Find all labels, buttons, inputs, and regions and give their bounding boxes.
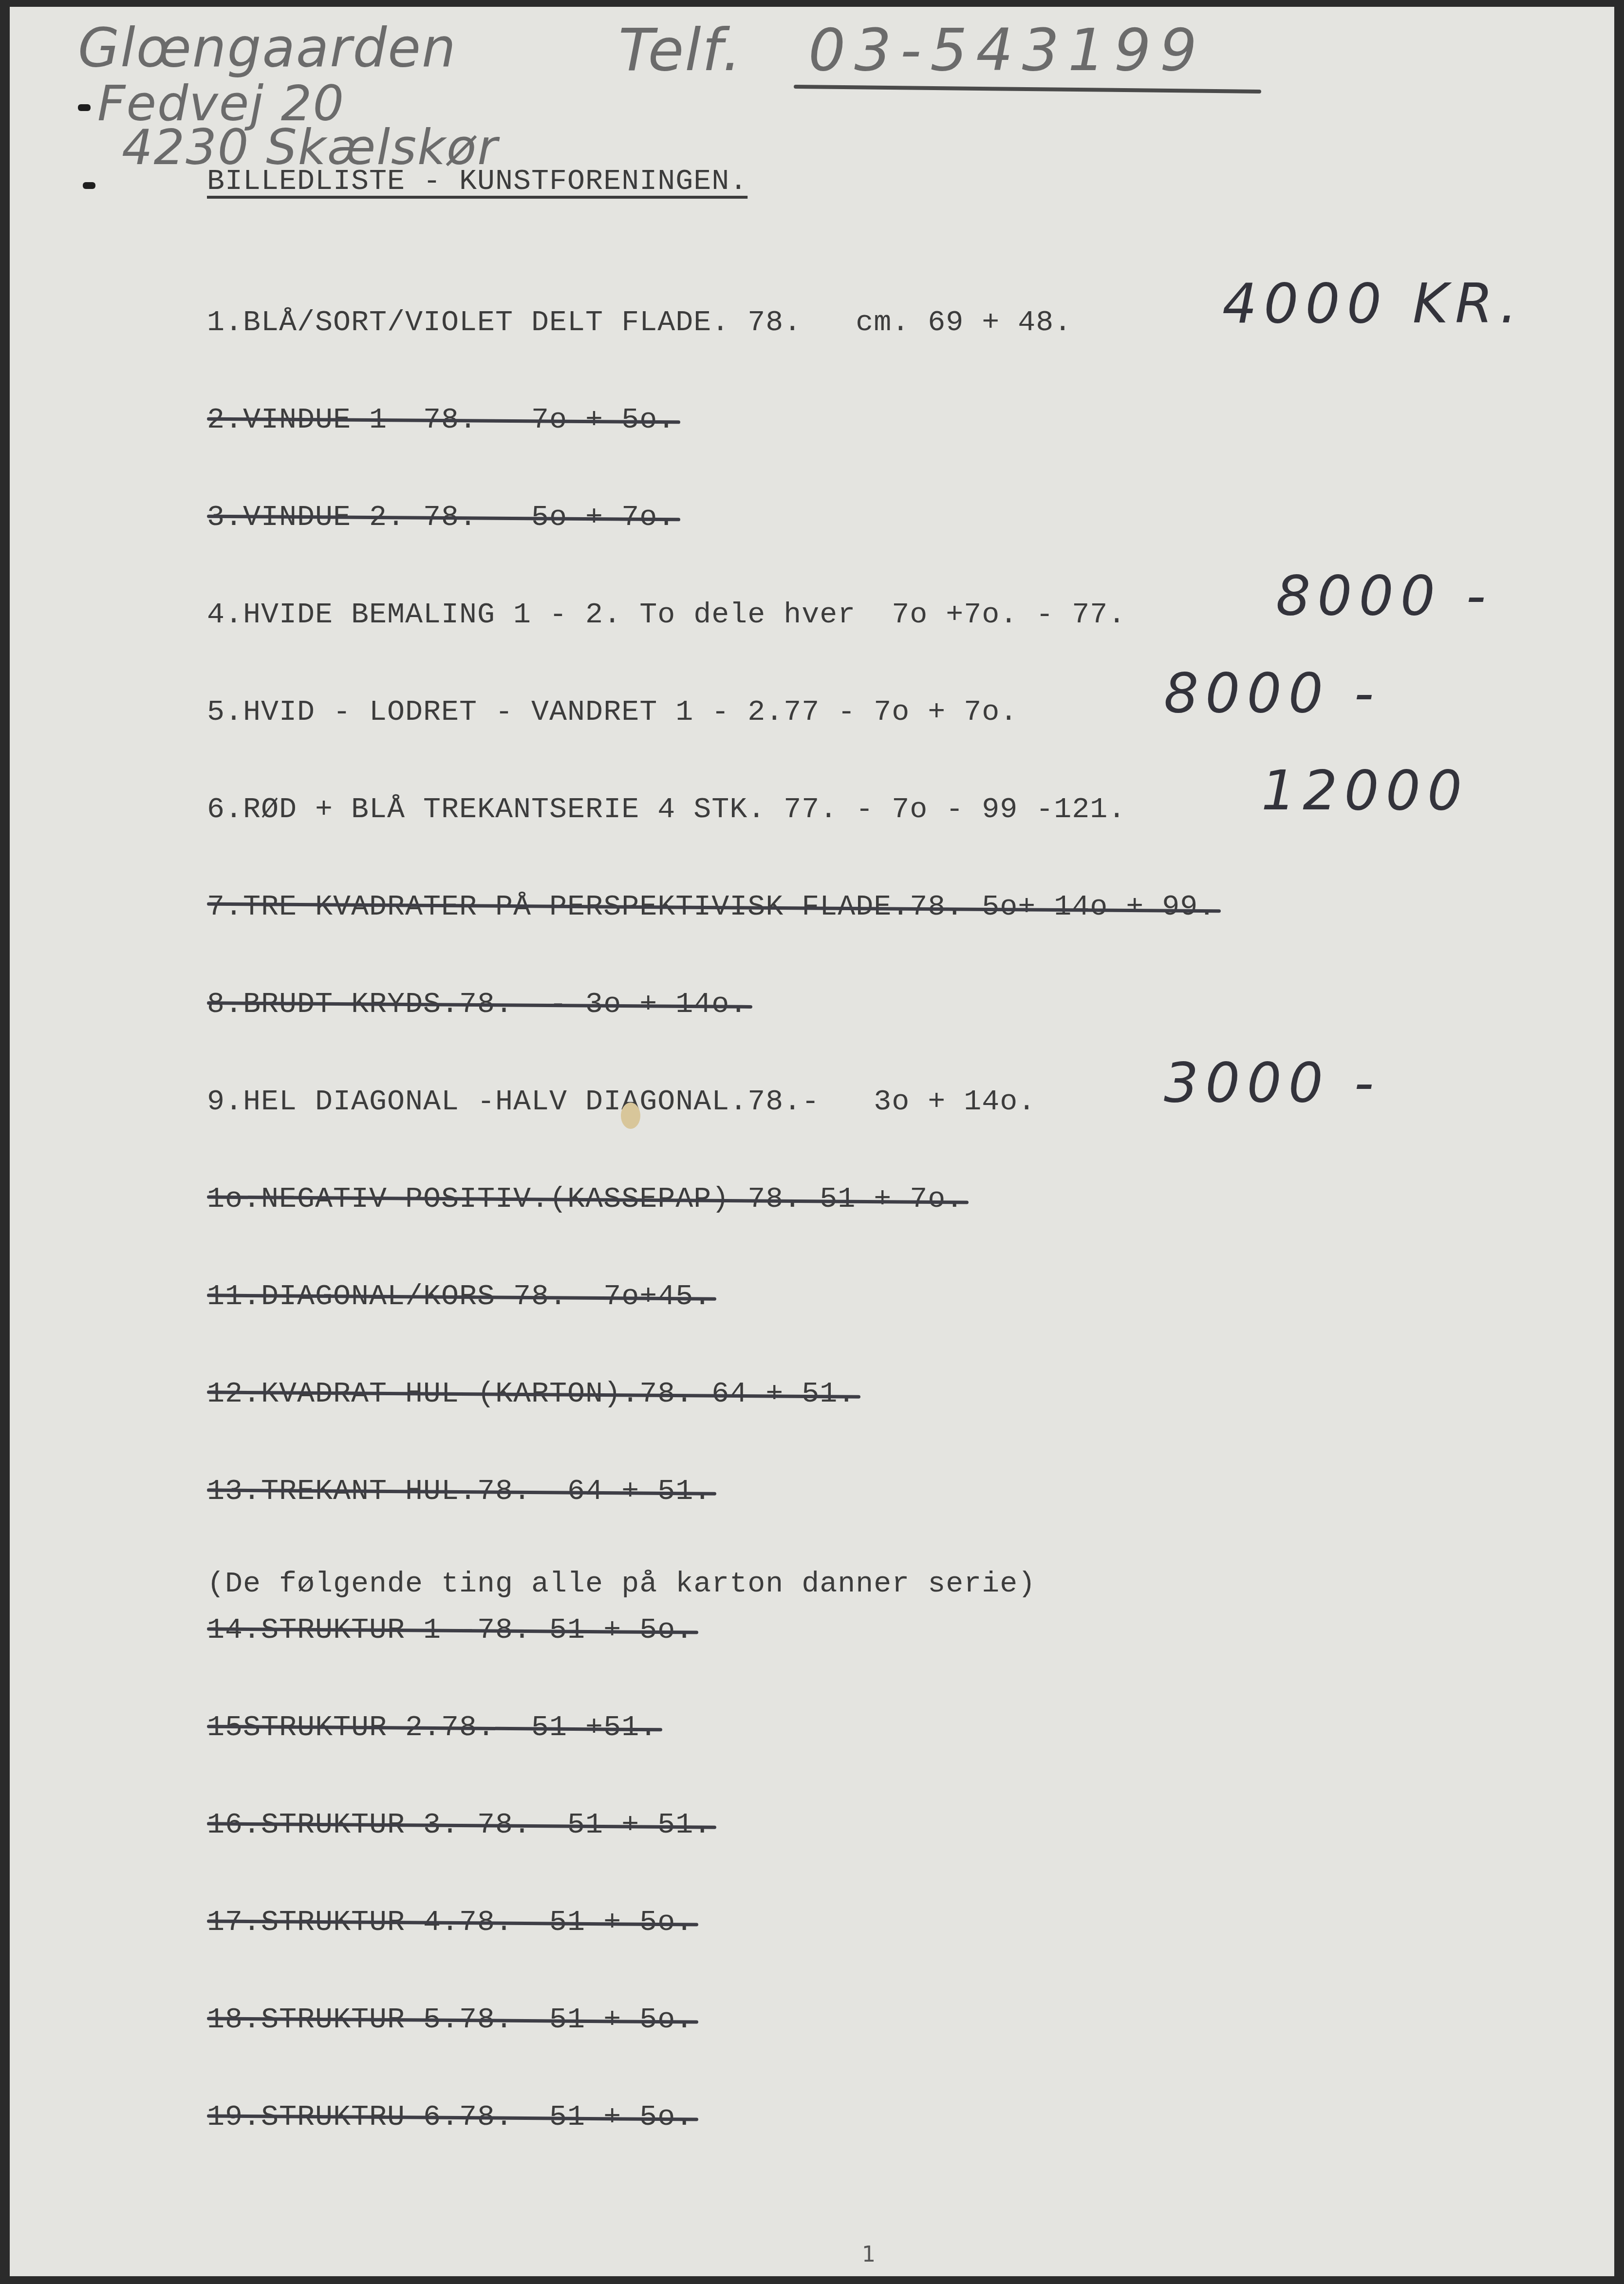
telephone-underline	[794, 85, 1261, 94]
item-text: 4.HVIDE BEMALING 1 - 2. To dele hver 7o …	[207, 599, 1126, 632]
list-item: 15STRUKTUR 2.78. 51 +51.	[207, 1711, 657, 1744]
struck-item-text: 14.STRUKTUR 1 -78. 51 + 5o.	[207, 1614, 693, 1647]
stain-mark	[621, 1103, 640, 1129]
struck-item-text: 11.DIAGONAL/KORS 78. 7o+45.	[207, 1280, 711, 1313]
list-item: 6.RØD + BLÅ TREKANTSERIE 4 STK. 77. - 7o…	[207, 793, 1126, 826]
list-item: 5.HVID - LODRET - VANDRET 1 - 2.77 - 7o …	[207, 696, 1018, 729]
struck-item-text: 18.STRUKTUR 5.78. 51 + 5o.	[207, 2003, 693, 2037]
struck-item-text: 8.BRUDT KRYDS.78. - 3o + 14o.	[207, 988, 747, 1021]
struck-item-text: 15STRUKTUR 2.78. 51 +51.	[207, 1711, 657, 1744]
punch-hole	[83, 182, 95, 189]
list-item: 18.STRUKTUR 5.78. 51 + 5o.	[207, 2003, 693, 2037]
struck-item-text: 13.TREKANT HUL.78. 64 + 51.	[207, 1475, 711, 1508]
list-item: 7.TRE KVADRATER PÅ PERSPEKTIVISK FLADE.7…	[207, 891, 1216, 924]
page-number: 1	[862, 2242, 876, 2267]
series-note: (De følgende ting alle på karton danner …	[207, 1568, 1036, 1601]
struck-item-text: 3.VINDUE 2. 78. 5o + 7o.	[207, 501, 675, 534]
struck-item-text: 1o.NEGATIV POSITIV.(KASSEPAP) 78. 51 + 7…	[207, 1183, 964, 1216]
struck-item-text: 12.KVADRAT HUL (KARTON).78. 64 + 51.	[207, 1378, 856, 1411]
handwritten-price: 12000	[1261, 759, 1469, 823]
item-text: 1.BLÅ/SORT/VIOLET DELT FLADE. 78. cm. 69…	[207, 306, 1072, 339]
item-text: 6.RØD + BLÅ TREKANTSERIE 4 STK. 77. - 7o…	[207, 793, 1126, 826]
list-item: 1o.NEGATIV POSITIV.(KASSEPAP) 78. 51 + 7…	[207, 1183, 964, 1216]
handwritten-price: 4000 KR.	[1222, 272, 1524, 336]
handwritten-address-line1: Glœngaarden	[78, 17, 457, 79]
item-text: 5.HVID - LODRET - VANDRET 1 - 2.77 - 7o …	[207, 696, 1018, 729]
handwritten-price: 8000 -	[1164, 662, 1381, 725]
list-item: 13.TREKANT HUL.78. 64 + 51.	[207, 1475, 711, 1508]
struck-item-text: 2.VINDUE 1 78. 7o + 5o.	[207, 404, 675, 437]
list-item: 19.STRUKTRU 6.78. 51 + 5o.	[207, 2101, 693, 2134]
list-item: 8.BRUDT KRYDS.78. - 3o + 14o.	[207, 988, 747, 1021]
handwritten-price: 3000 -	[1164, 1051, 1381, 1115]
list-item: 17.STRUKTUR 4.78. 51 + 5o.	[207, 1906, 693, 1939]
list-item: 3.VINDUE 2. 78. 5o + 7o.	[207, 501, 675, 534]
list-item: 2.VINDUE 1 78. 7o + 5o.	[207, 404, 675, 437]
list-item: 11.DIAGONAL/KORS 78. 7o+45.	[207, 1280, 711, 1313]
handwritten-telephone-label: Telf.	[618, 17, 742, 84]
list-item: 16.STRUKTUR 3. 78. 51 + 51.	[207, 1809, 711, 1842]
list-item: 14.STRUKTUR 1 -78. 51 + 5o.	[207, 1614, 693, 1647]
handwritten-price: 8000 -	[1276, 564, 1493, 628]
punch-hole	[78, 104, 91, 111]
struck-item-text: 16.STRUKTUR 3. 78. 51 + 51.	[207, 1809, 711, 1842]
list-item: 1.BLÅ/SORT/VIOLET DELT FLADE. 78. cm. 69…	[207, 306, 1072, 339]
document-page: Glœngaarden Fedvej 20 4230 Skælskør Telf…	[10, 7, 1614, 2276]
struck-item-text: 19.STRUKTRU 6.78. 51 + 5o.	[207, 2101, 693, 2134]
list-item: 12.KVADRAT HUL (KARTON).78. 64 + 51.	[207, 1378, 856, 1411]
struck-item-text: 17.STRUKTUR 4.78. 51 + 5o.	[207, 1906, 693, 1939]
struck-item-text: 7.TRE KVADRATER PÅ PERSPEKTIVISK FLADE.7…	[207, 891, 1216, 924]
handwritten-telephone-number: 03-543199	[808, 17, 1206, 84]
document-title: BILLEDLISTE - KUNSTFORENINGEN.	[207, 165, 747, 198]
list-item: 4.HVIDE BEMALING 1 - 2. To dele hver 7o …	[207, 599, 1126, 632]
